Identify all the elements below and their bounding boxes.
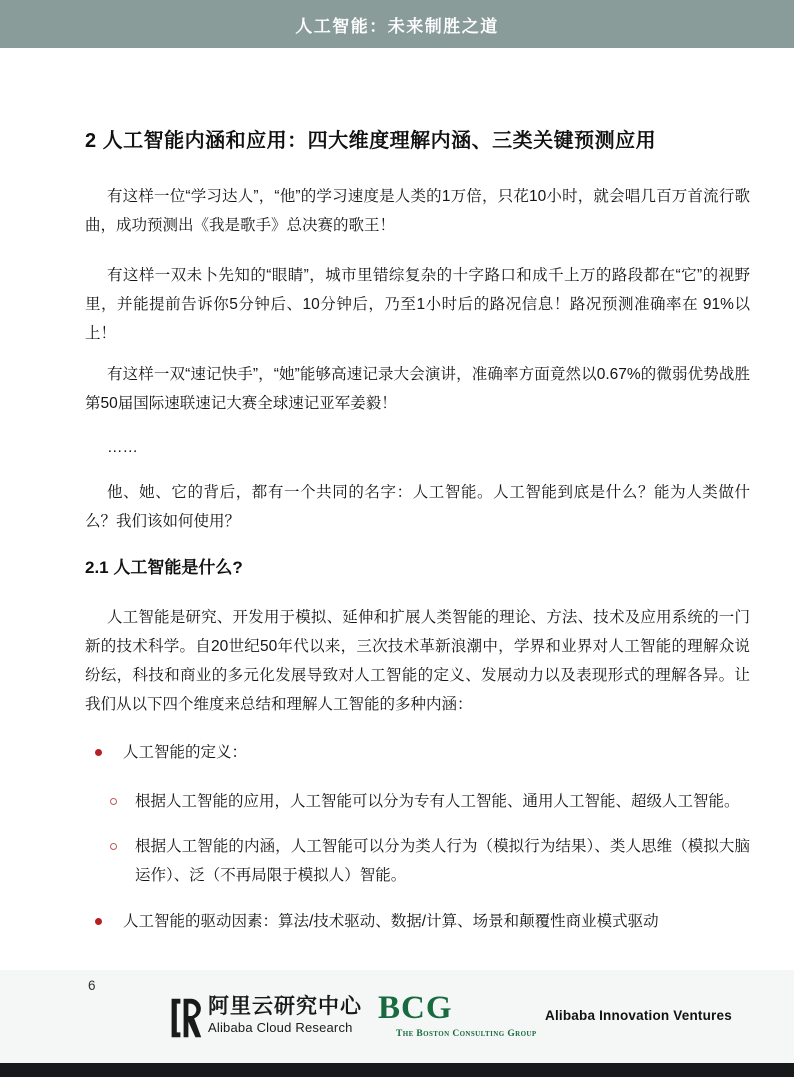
bullet-circle-icon [110, 843, 117, 850]
bullet-dot-icon [95, 749, 102, 756]
subsection-intro-paragraph: 人工智能是研究、开发用于模拟、延伸和扩展人类智能的理论、方法、技术及应用系统的一… [85, 603, 750, 719]
document-page: 人工智能：未来制胜之道 2 人工智能内涵和应用：四大维度理解内涵、三类关键预测应… [0, 0, 794, 1077]
page-content: 2 人工智能内涵和应用：四大维度理解内涵、三类关键预测应用 有这样一位“学习达人… [85, 48, 750, 936]
bullet-dot-icon [95, 918, 102, 925]
bcg-logo: BCG The Boston Consulting Group [378, 992, 537, 1039]
page-header-bar: 人工智能：未来制胜之道 [0, 0, 794, 48]
bcg-letters: BCG [378, 992, 537, 1025]
document-title: 人工智能：未来制胜之道 [295, 12, 499, 37]
sub-bullet-item-label: 根据人工智能的内涵，人工智能可以分为类人行为（模拟行为结果）、类人思维（模拟大脑… [135, 838, 750, 884]
sub-bullet-item-connotation: 根据人工智能的内涵，人工智能可以分为类人行为（模拟行为结果）、类人思维（模拟大脑… [85, 832, 750, 890]
paragraph-4: 他、她、它的背后，都有一个共同的名字：人工智能。人工智能到底是什么？能为人类做什… [85, 478, 750, 536]
bullet-item-label: 人工智能的定义： [123, 744, 247, 761]
bcg-tagline: The Boston Consulting Group [396, 1029, 537, 1039]
alibaba-cloud-bracket-r-icon [170, 994, 202, 1042]
bullet-circle-icon [110, 798, 117, 805]
bullet-item-drivers: 人工智能的驱动因素：算法/技术驱动、数据/计算、场景和颠覆性商业模式驱动 [85, 907, 750, 936]
paragraph-3: 有这样一双“速记快手”，“她”能够高速记录大会演讲，准确率方面竟然以0.67%的… [85, 360, 750, 418]
footer-strip: 6 阿里云研究中心 Alibaba Cloud Research BCG The… [0, 970, 794, 1063]
alibaba-cloud-research-en: Alibaba Cloud Research [208, 1020, 362, 1036]
alibaba-cloud-research-logo: 阿里云研究中心 Alibaba Cloud Research [170, 994, 362, 1042]
paragraph-ellipsis: …… [85, 433, 750, 462]
paragraph-1: 有这样一位“学习达人”，“他”的学习速度是人类的1万倍，只花10小时，就会唱几百… [85, 182, 750, 240]
bullet-item-label: 人工智能的驱动因素：算法/技术驱动、数据/计算、场景和颠覆性商业模式驱动 [123, 913, 659, 930]
page-number: 6 [88, 978, 96, 993]
bullet-item-definition: 人工智能的定义： [85, 738, 750, 767]
alibaba-innovation-ventures-logo: Alibaba Innovation Ventures [545, 1008, 732, 1023]
subsection-heading: 2.1 人工智能是什么? [85, 556, 750, 580]
alibaba-cloud-research-zh: 阿里云研究中心 [208, 994, 362, 1020]
sub-bullet-item-application: 根据人工智能的应用，人工智能可以分为专有人工智能、通用人工智能、超级人工智能。 [85, 787, 750, 816]
paragraph-2: 有这样一双未卜先知的“眼睛”，城市里错综复杂的十字路口和成千上万的路段都在“它”… [85, 261, 750, 348]
alibaba-cloud-research-text: 阿里云研究中心 Alibaba Cloud Research [208, 994, 362, 1036]
bottom-bar [0, 1063, 794, 1077]
section-heading: 2 人工智能内涵和应用：四大维度理解内涵、三类关键预测应用 [85, 126, 750, 156]
sub-bullet-item-label: 根据人工智能的应用，人工智能可以分为专有人工智能、通用人工智能、超级人工智能。 [135, 793, 740, 810]
